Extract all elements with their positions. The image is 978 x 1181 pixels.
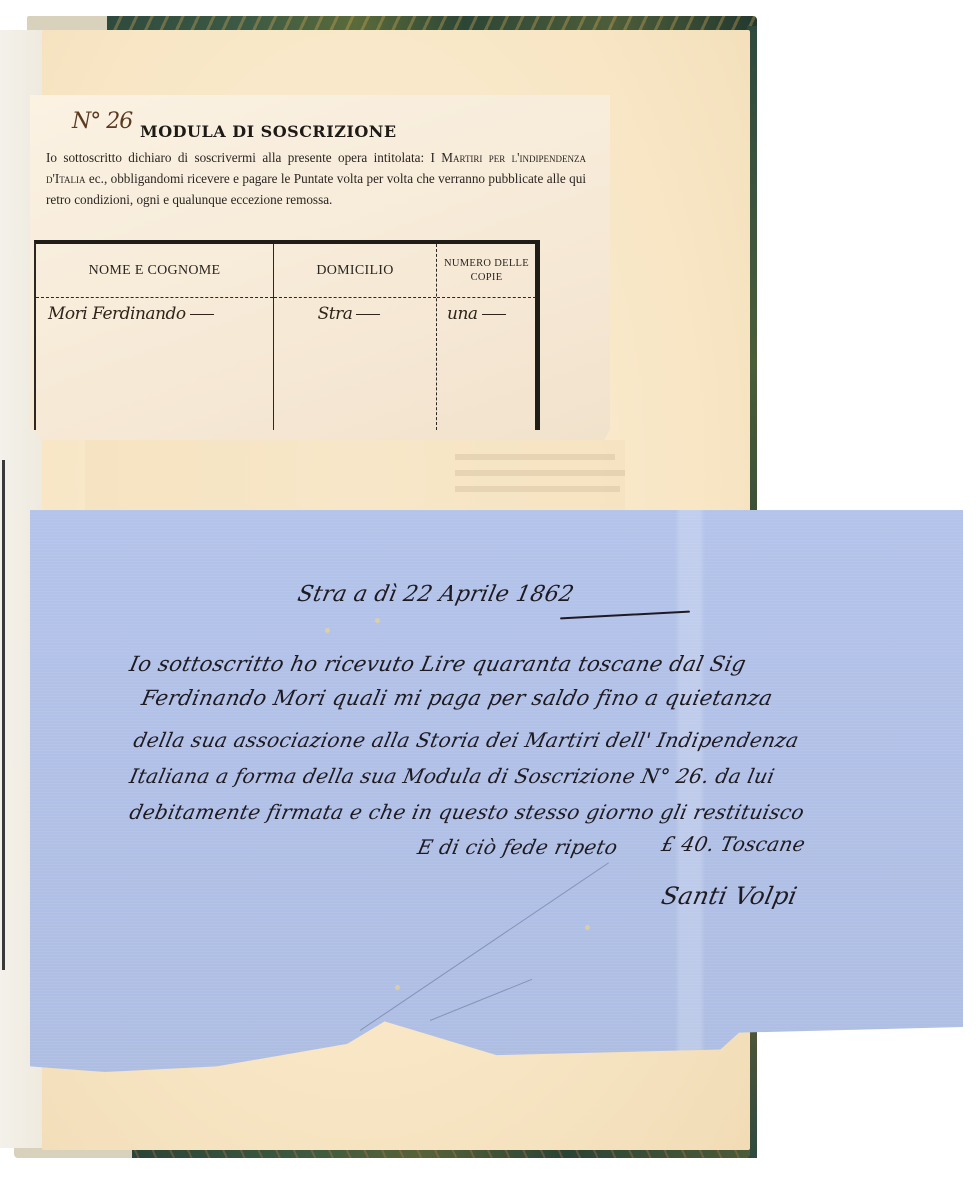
cell-name: Mori Ferdinando [36, 304, 273, 324]
receipt-line-4: Italiana a forma della sua Modula di Sos… [127, 764, 777, 788]
subscriber-table: NOME E COGNOME Mori Ferdinando DOMICILIO… [34, 240, 540, 430]
column-name: NOME E COGNOME Mori Ferdinando [36, 244, 274, 430]
slip-body-intro: Io sottoscritto dichiaro di soscrivermi … [46, 150, 441, 165]
receipt-line-5: debitamente firmata e che in questo stes… [127, 800, 806, 824]
column-copies: NUMERO DELLE COPIE una [437, 244, 536, 430]
receipt-closing: E di ciò fede ripeto [415, 835, 620, 859]
paper-crease [430, 979, 532, 1021]
foxing-spot [585, 925, 590, 930]
foxing-spot [395, 985, 400, 990]
column-domicile: DOMICILIO Stra [274, 244, 437, 430]
receipt-amount: £ 40. Toscane [659, 832, 807, 856]
slip-handwritten-number: N° 26 [72, 109, 132, 134]
slip-declaration-text: Io sottoscritto dichiaro di soscrivermi … [46, 147, 586, 210]
header-domicile: DOMICILIO [274, 244, 436, 298]
header-copies: NUMERO DELLE COPIE [437, 244, 536, 298]
foxing-spot [375, 618, 380, 623]
cell-copies: una [437, 304, 536, 324]
slip-title: MODULA DI SOSCRIZIONE [140, 122, 397, 141]
cell-domicile: Stra [274, 304, 436, 324]
receipt-line-2: Ferdinando Mori quali mi paga per saldo … [139, 686, 774, 710]
foxing-spot [325, 628, 330, 633]
handwritten-receipt: Stra a dì 22 Aprile 1862 Io sottoscritto… [30, 510, 963, 1072]
subscription-slip: N° 26 MODULA DI SOSCRIZIONE Io sottoscri… [30, 95, 610, 440]
header-name: NOME E COGNOME [36, 244, 273, 298]
paper-crease [360, 862, 609, 1031]
receipt-signature: Santi Volpi [659, 882, 800, 910]
receipt-line-3: della sua associazione alla Storia dei M… [131, 728, 801, 752]
receipt-dateline: Stra a dì 22 Aprile 1862 [295, 582, 576, 607]
bleed-through-text [85, 440, 625, 510]
date-underline [560, 611, 690, 620]
slip-body-rest: ec., obbligandomi ricevere e pagare le P… [46, 171, 586, 207]
receipt-line-1: Io sottoscritto ho ricevuto Lire quarant… [127, 652, 748, 676]
flyleaf-border-rule [2, 460, 5, 970]
